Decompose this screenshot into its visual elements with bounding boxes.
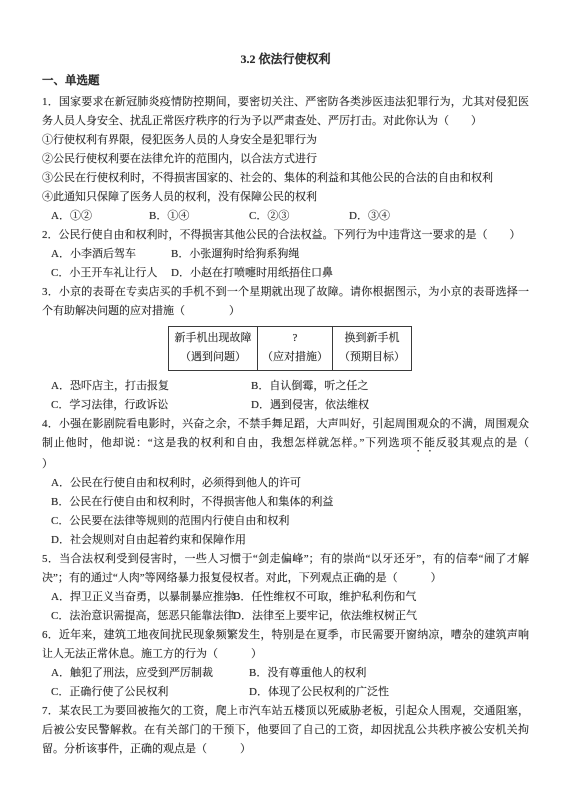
question-5-options-row-1: A．捍卫正义当奋勇，以暴制暴应推崇 B．任性维权不可取，维护私利伤和气 [42,588,529,607]
q5-option-a: A．捍卫正义当奋勇，以暴制暴应推崇 [51,588,233,607]
question-5-options-row-2: C．法治意识需提高，惩恶只能靠法律 D．法律至上要牢记，依法维权树正气 [42,607,529,626]
q2-option-b: B．小张遛狗时给狗系狗绳 [171,245,529,264]
question-6-options-row-2: C．正确行使了公民权利 D．体现了公民权利的广泛性 [42,683,529,702]
q4-stem-emphasis: 不能 [412,437,436,449]
q5-option-d: D．法律至上要牢记，依法维权树正气 [233,607,529,626]
q3-problem-table: 新手机出现故障 （遇到问题） ? （应对措施） 换到新手机 （预期目标） [168,326,412,371]
q3-table-cell-measure: ? （应对措施） [258,327,333,371]
question-2-options-row-2: C．小王开车礼让行人 D．小赵在打喷嚏时用纸捂住口鼻 [42,264,529,283]
q6-option-c: C．正确行使了公民权利 [51,683,249,702]
q3-table-row: 新手机出现故障 （遇到问题） ? （应对措施） 换到新手机 （预期目标） [169,327,412,371]
q3-cell-goal-line2: （预期目标） [337,348,407,367]
question-3-options-row-2: C．学习法律，行政诉讼 D．遇到侵害，依法维权 [42,396,529,415]
q3-cell-measure-line1: ? [262,329,328,348]
question-1-item-3: ③公民在行使权利时，不得损害国家的、社会的、集体的利益和其他公民的合法的自由和权… [42,169,529,188]
q3-cell-problem-line1: 新手机出现故障 [173,329,253,348]
q4-option-a: A．公民在行使自由和权利时，必须得到他人的许可 [42,474,529,493]
section-heading: 一、单选题 [42,72,529,91]
q1-option-b: B．①④ [149,207,249,226]
q3-cell-measure-line2: （应对措施） [262,348,328,367]
q4-option-b: B．公民在行使自由和权利时，不得损害他人和集体的利益 [42,493,529,512]
q3-cell-goal-line1: 换到新手机 [337,329,407,348]
question-5-stem: 5．当合法权利受到侵害时，一些人习惯于“剑走偏峰”；有的崇尚“以牙还牙”，有的信… [42,550,529,588]
q3-option-c: C．学习法律，行政诉讼 [51,396,251,415]
question-1-item-2: ②公民行使权利要在法律允许的范围内，以合法方式进行 [42,150,529,169]
q5-option-b: B．任性维权不可取，维护私利伤和气 [233,588,529,607]
q4-option-c: C．公民要在法律等规则的范围内行使自由和权利 [42,512,529,531]
question-4-stem: 4．小强在影剧院看电影时，兴奋之余，不禁手舞足蹈，大声叫好，引起周围观众的不满，… [42,415,529,474]
q1-option-a: A．①② [51,207,149,226]
q3-table-cell-problem: 新手机出现故障 （遇到问题） [169,327,258,371]
question-1-options: A．①② B．①④ C．②③ D．③④ [42,207,529,226]
q2-option-c: C．小王开车礼让行人 [51,264,171,283]
q6-option-b: B．没有尊重他人的权利 [249,664,529,683]
question-6-options-row-1: A．触犯了刑法，应受到严厉制裁 B．没有尊重他人的权利 [42,664,529,683]
question-1-item-1: ①行使权利有界限，侵犯医务人员的人身安全是犯罪行为 [42,131,529,150]
q3-option-b: B．自认倒霉，听之任之 [251,377,529,396]
q3-option-d: D．遇到侵害，依法维权 [251,396,529,415]
question-3-stem: 3．小京的表哥在专卖店买的手机不到一个星期就出现了故障。请你根据图示，为小京的表… [42,283,529,321]
question-7-stem: 7．某农民工为要回被拖欠的工资，爬上市汽车站五楼顶以死威胁老板，引起众人围观，交… [42,702,529,759]
exam-document: 3.2 依法行使权利 一、单选题 1．国家要求在新冠肺炎疫情防控期间，要密切关注… [0,0,565,800]
question-1-item-4: ④此通知只保障了医务人员的权利，没有保障公民的权利 [42,188,529,207]
q3-cell-problem-line2: （遇到问题） [173,348,253,367]
q2-option-d: D．小赵在打喷嚏时用纸捂住口鼻 [171,264,529,283]
question-2-stem: 2．公民行使自由和权利时，不得损害其他公民的合法权益。下列行为中违背这一要求的是… [42,226,529,245]
question-3-options-row-1: A．恐吓店主，打击报复 B．自认倒霉，听之任之 [42,377,529,396]
question-6-stem: 6．近年来，建筑工地夜间扰民现象频繁发生，特别是在夏季，市民需要开窗纳凉，嘈杂的… [42,626,529,664]
q5-option-c: C．法治意识需提高，惩恶只能靠法律 [51,607,233,626]
question-1-stem: 1．国家要求在新冠肺炎疫情防控期间，要密切关注、严密防各类涉医违法犯罪行为，尤其… [42,93,529,131]
q6-option-d: D．体现了公民权利的广泛性 [249,683,529,702]
page-title: 3.2 依法行使权利 [42,50,529,69]
q2-option-a: A．小李酒后驾车 [51,245,171,264]
q6-option-a: A．触犯了刑法，应受到严厉制裁 [51,664,249,683]
q4-option-d: D．社会规则对自由起着约束和保障作用 [42,531,529,550]
q1-option-d: D．③④ [349,207,529,226]
q3-table-cell-goal: 换到新手机 （预期目标） [333,327,412,371]
question-2-options-row-1: A．小李酒后驾车 B．小张遛狗时给狗系狗绳 [42,245,529,264]
q1-option-c: C．②③ [249,207,349,226]
q3-option-a: A．恐吓店主，打击报复 [51,377,251,396]
